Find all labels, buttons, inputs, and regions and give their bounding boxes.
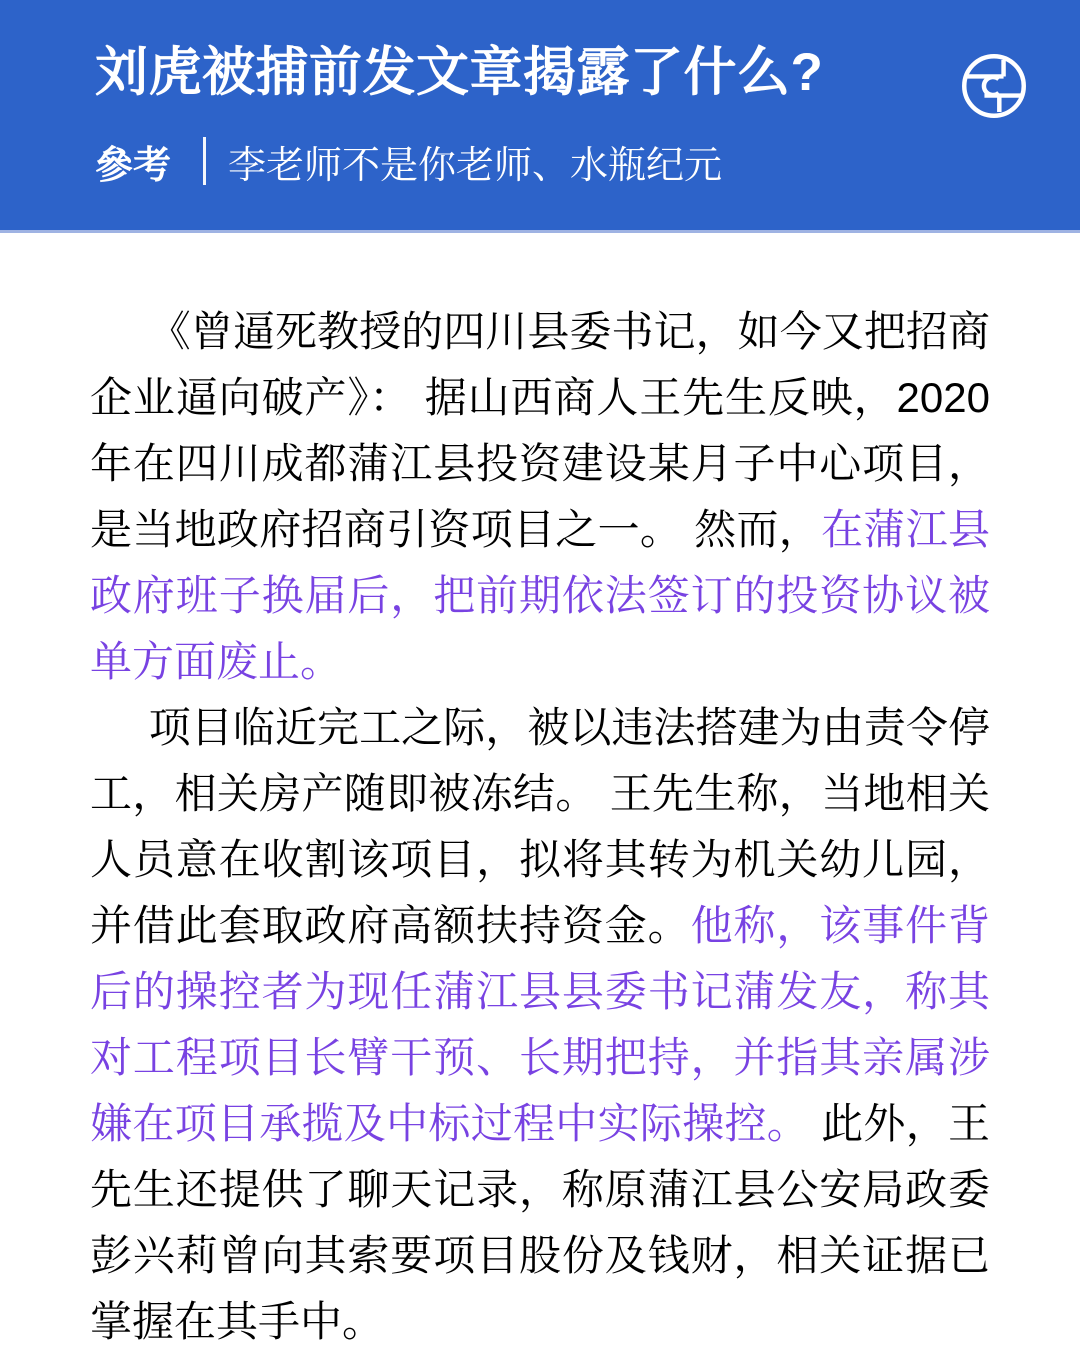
source-attribution: 參考 李老师不是你老师、水瓶纪元 bbox=[95, 134, 722, 188]
vertical-divider bbox=[203, 137, 206, 185]
article-body: 《曾逼死教授的四川县委书记，如今又把招商企业逼向破产》： 据山西商人王先生反映，… bbox=[90, 299, 990, 1350]
source-label: 參考 bbox=[95, 134, 171, 189]
page-title: 刘虎被捕前发文章揭露了什么? bbox=[95, 40, 823, 106]
aquarius-era-logo-icon bbox=[960, 52, 1028, 120]
news-post-card: 刘虎被捕前发文章揭露了什么? 參考 李老师不是你老师、水瓶纪元 《曾逼死教授的四… bbox=[0, 0, 1080, 1350]
source-names: 李老师不是你老师、水瓶纪元 bbox=[228, 134, 722, 189]
header-band: 刘虎被捕前发文章揭露了什么? 參考 李老师不是你老师、水瓶纪元 bbox=[0, 0, 1080, 233]
paragraph: 项目临近完工之际，被以违法搭建为由责令停工，相关房产随即被冻结。 王先生称，当地… bbox=[90, 695, 990, 1350]
paragraph: 《曾逼死教授的四川县委书记，如今又把招商企业逼向破产》： 据山西商人王先生反映，… bbox=[90, 299, 990, 695]
